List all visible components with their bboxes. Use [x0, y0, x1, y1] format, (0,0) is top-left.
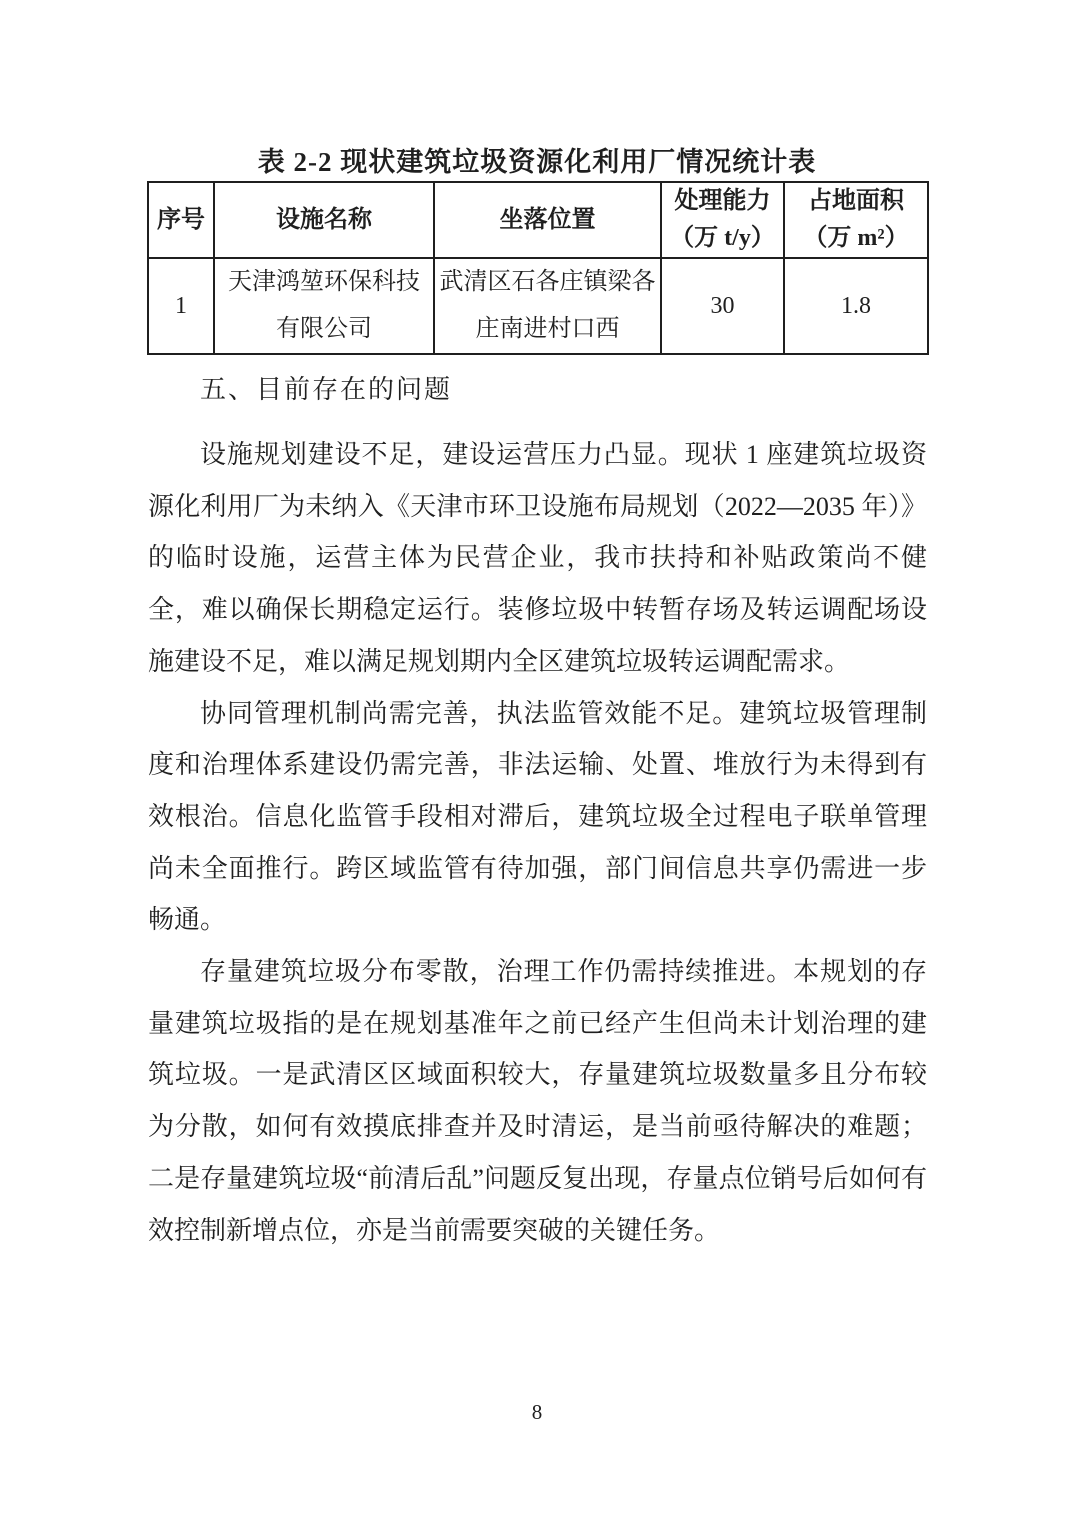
- column-header-capacity: 处理能力 （万 t/y）: [661, 182, 784, 258]
- column-header-label: 处理能力: [675, 188, 771, 214]
- column-header-area: 占地面积 （万 m²）: [784, 182, 928, 258]
- cell-capacity: 30: [661, 258, 784, 354]
- table-row: 1 天津鸿堃环保科技有限公司 武清区石各庄镇梁各庄南进村口西 30 1.8: [148, 258, 928, 354]
- cell-index: 1: [148, 258, 214, 354]
- column-header-unit: （万 m²）: [789, 220, 923, 257]
- facility-stats-table: 序号 设施名称 坐落位置 处理能力 （万 t/y） 占地面积 （万 m²）: [147, 181, 929, 355]
- table-header-row: 序号 设施名称 坐落位置 处理能力 （万 t/y） 占地面积 （万 m²）: [148, 182, 928, 258]
- column-header-label: 坐落位置: [500, 207, 596, 233]
- column-header-facility-name: 设施名称: [214, 182, 434, 258]
- cell-location: 武清区石各庄镇梁各庄南进村口西: [434, 258, 661, 354]
- column-header-location: 坐落位置: [434, 182, 661, 258]
- column-header-label: 占地面积: [808, 188, 904, 214]
- page-number: 8: [0, 1400, 1074, 1425]
- table-title: 表 2-2 现状建筑垃圾资源化利用厂情况统计表: [0, 140, 1074, 179]
- cell-facility-name: 天津鸿堃环保科技有限公司: [214, 258, 434, 354]
- paragraph-management-mechanism: 协同管理机制尚需完善，执法监管效能不足。建筑垃圾管理制度和治理体系建设仍需完善，…: [148, 688, 927, 947]
- column-header-label: 序号: [157, 207, 205, 233]
- paragraph-stock-waste: 存量建筑垃圾分布零散，治理工作仍需持续推进。本规划的存量建筑垃圾指的是在规划基准…: [148, 946, 927, 1256]
- document-page: 表 2-2 现状建筑垃圾资源化利用厂情况统计表 序号 设施名称 坐落位置 处理能…: [0, 0, 1074, 1520]
- section-heading: 五、目前存在的问题: [148, 364, 927, 416]
- column-header-label: 设施名称: [276, 207, 372, 233]
- column-header-index: 序号: [148, 182, 214, 258]
- section-body: 五、目前存在的问题 设施规划建设不足，建设运营压力凸显。现状 1 座建筑垃圾资源…: [148, 364, 927, 1256]
- paragraph-facilities-shortage: 设施规划建设不足，建设运营压力凸显。现状 1 座建筑垃圾资源化利用厂为未纳入《天…: [148, 429, 927, 688]
- cell-area: 1.8: [784, 258, 928, 354]
- column-header-unit: （万 t/y）: [666, 220, 779, 257]
